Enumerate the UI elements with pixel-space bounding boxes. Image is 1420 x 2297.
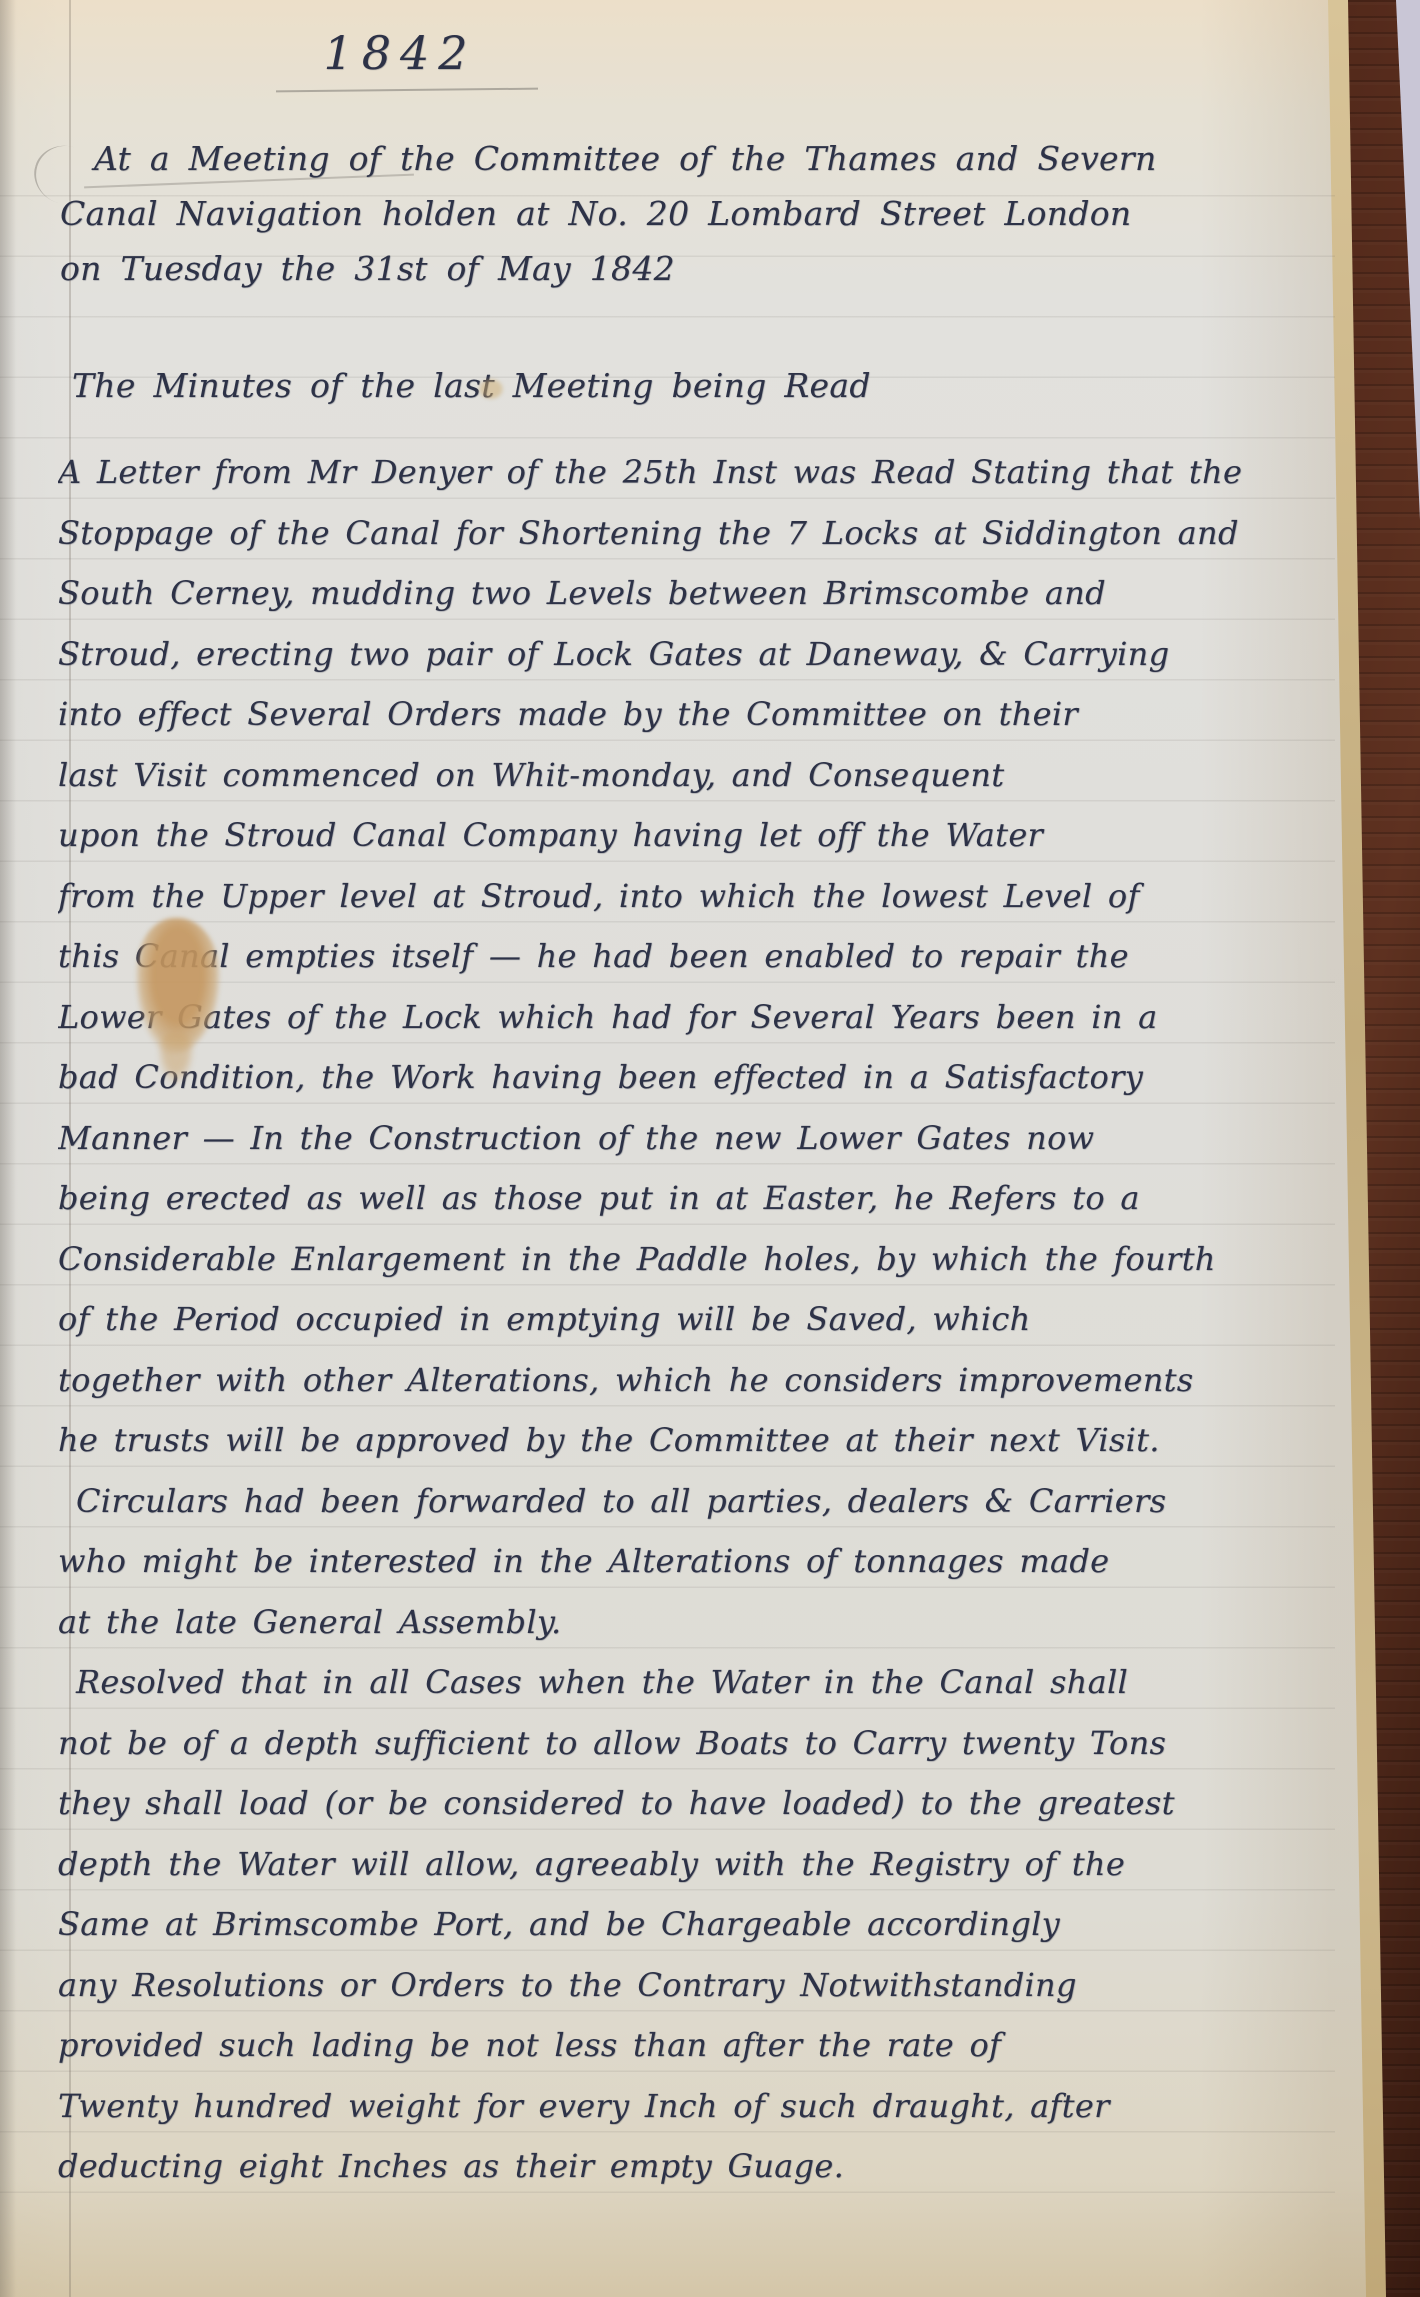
year-heading: 1842 [255, 26, 545, 80]
opening-paragraph: At a Meeting of the Committee of the Tha… [60, 131, 1332, 296]
manuscript-line: bad Condition, the Work having been effe… [58, 1047, 1334, 1108]
manuscript-line: South Cerney, mudding two Levels between… [58, 563, 1334, 624]
manuscript-line: he trusts will be approved by the Commit… [58, 1410, 1334, 1471]
manuscript-line: Canal Navigation holden at No. 20 Lombar… [60, 186, 1332, 241]
manuscript-line: Stroud, erecting two pair of Lock Gates … [58, 624, 1334, 685]
manuscript-line: last Visit commenced on Whit-monday, and… [58, 745, 1334, 806]
manuscript-line: deducting eight Inches as their empty Gu… [58, 2136, 1334, 2197]
manuscript-line: Lower Gates of the Lock which had for Se… [58, 987, 1334, 1048]
manuscript-line: they shall load (or be considered to hav… [58, 1773, 1334, 1834]
binding-gutter-shadow [0, 0, 16, 2297]
manuscript-line: at the late General Assembly. [58, 1592, 1334, 1653]
small-stain [478, 378, 504, 400]
manuscript-line: on Tuesday the 31st of May 1842 [60, 241, 1332, 296]
manuscript-line: A Letter from Mr Denyer of the 25th Inst… [58, 442, 1334, 503]
manuscript-line: Twenty hundred weight for every Inch of … [58, 2076, 1334, 2137]
manuscript-line: not be of a depth sufficient to allow Bo… [58, 1713, 1334, 1774]
scanned-manuscript: { "page": { "year_heading": "1842", "ope… [0, 0, 1420, 2297]
manuscript-line: provided such lading be not less than af… [58, 2015, 1334, 2076]
manuscript-line: Same at Brimscombe Port, and be Chargeab… [58, 1894, 1334, 1955]
manuscript-line: depth the Water will allow, agreeably wi… [58, 1834, 1334, 1895]
manuscript-line: being erected as well as those put in at… [58, 1168, 1334, 1229]
manuscript-line: Stoppage of the Canal for Shortening the… [58, 503, 1334, 564]
manuscript-line: Resolved that in all Cases when the Wate… [58, 1652, 1334, 1713]
minutes-heading: The Minutes of the last Meeting being Re… [72, 366, 871, 405]
manuscript-line: together with other Alterations, which h… [58, 1350, 1334, 1411]
manuscript-line: from the Upper level at Stroud, into whi… [58, 866, 1334, 927]
manuscript-line: Circulars had been forwarded to all part… [58, 1471, 1334, 1532]
minutes-body: A Letter from Mr Denyer of the 25th Inst… [58, 442, 1334, 2197]
manuscript-line: of the Period occupied in emptying will … [58, 1289, 1334, 1350]
manuscript-line: At a Meeting of the Committee of the Tha… [60, 131, 1332, 186]
manuscript-line: who might be interested in the Alteratio… [58, 1531, 1334, 1592]
manuscript-line: upon the Stroud Canal Company having let… [58, 805, 1334, 866]
manuscript-line: into effect Several Orders made by the C… [58, 684, 1334, 745]
manuscript-line: this Canal empties itself — he had been … [58, 926, 1334, 987]
manuscript-line: Considerable Enlargement in the Paddle h… [58, 1229, 1334, 1290]
manuscript-line: Manner — In the Construction of the new … [58, 1108, 1334, 1169]
manuscript-line: any Resolutions or Orders to the Contrar… [58, 1955, 1334, 2016]
